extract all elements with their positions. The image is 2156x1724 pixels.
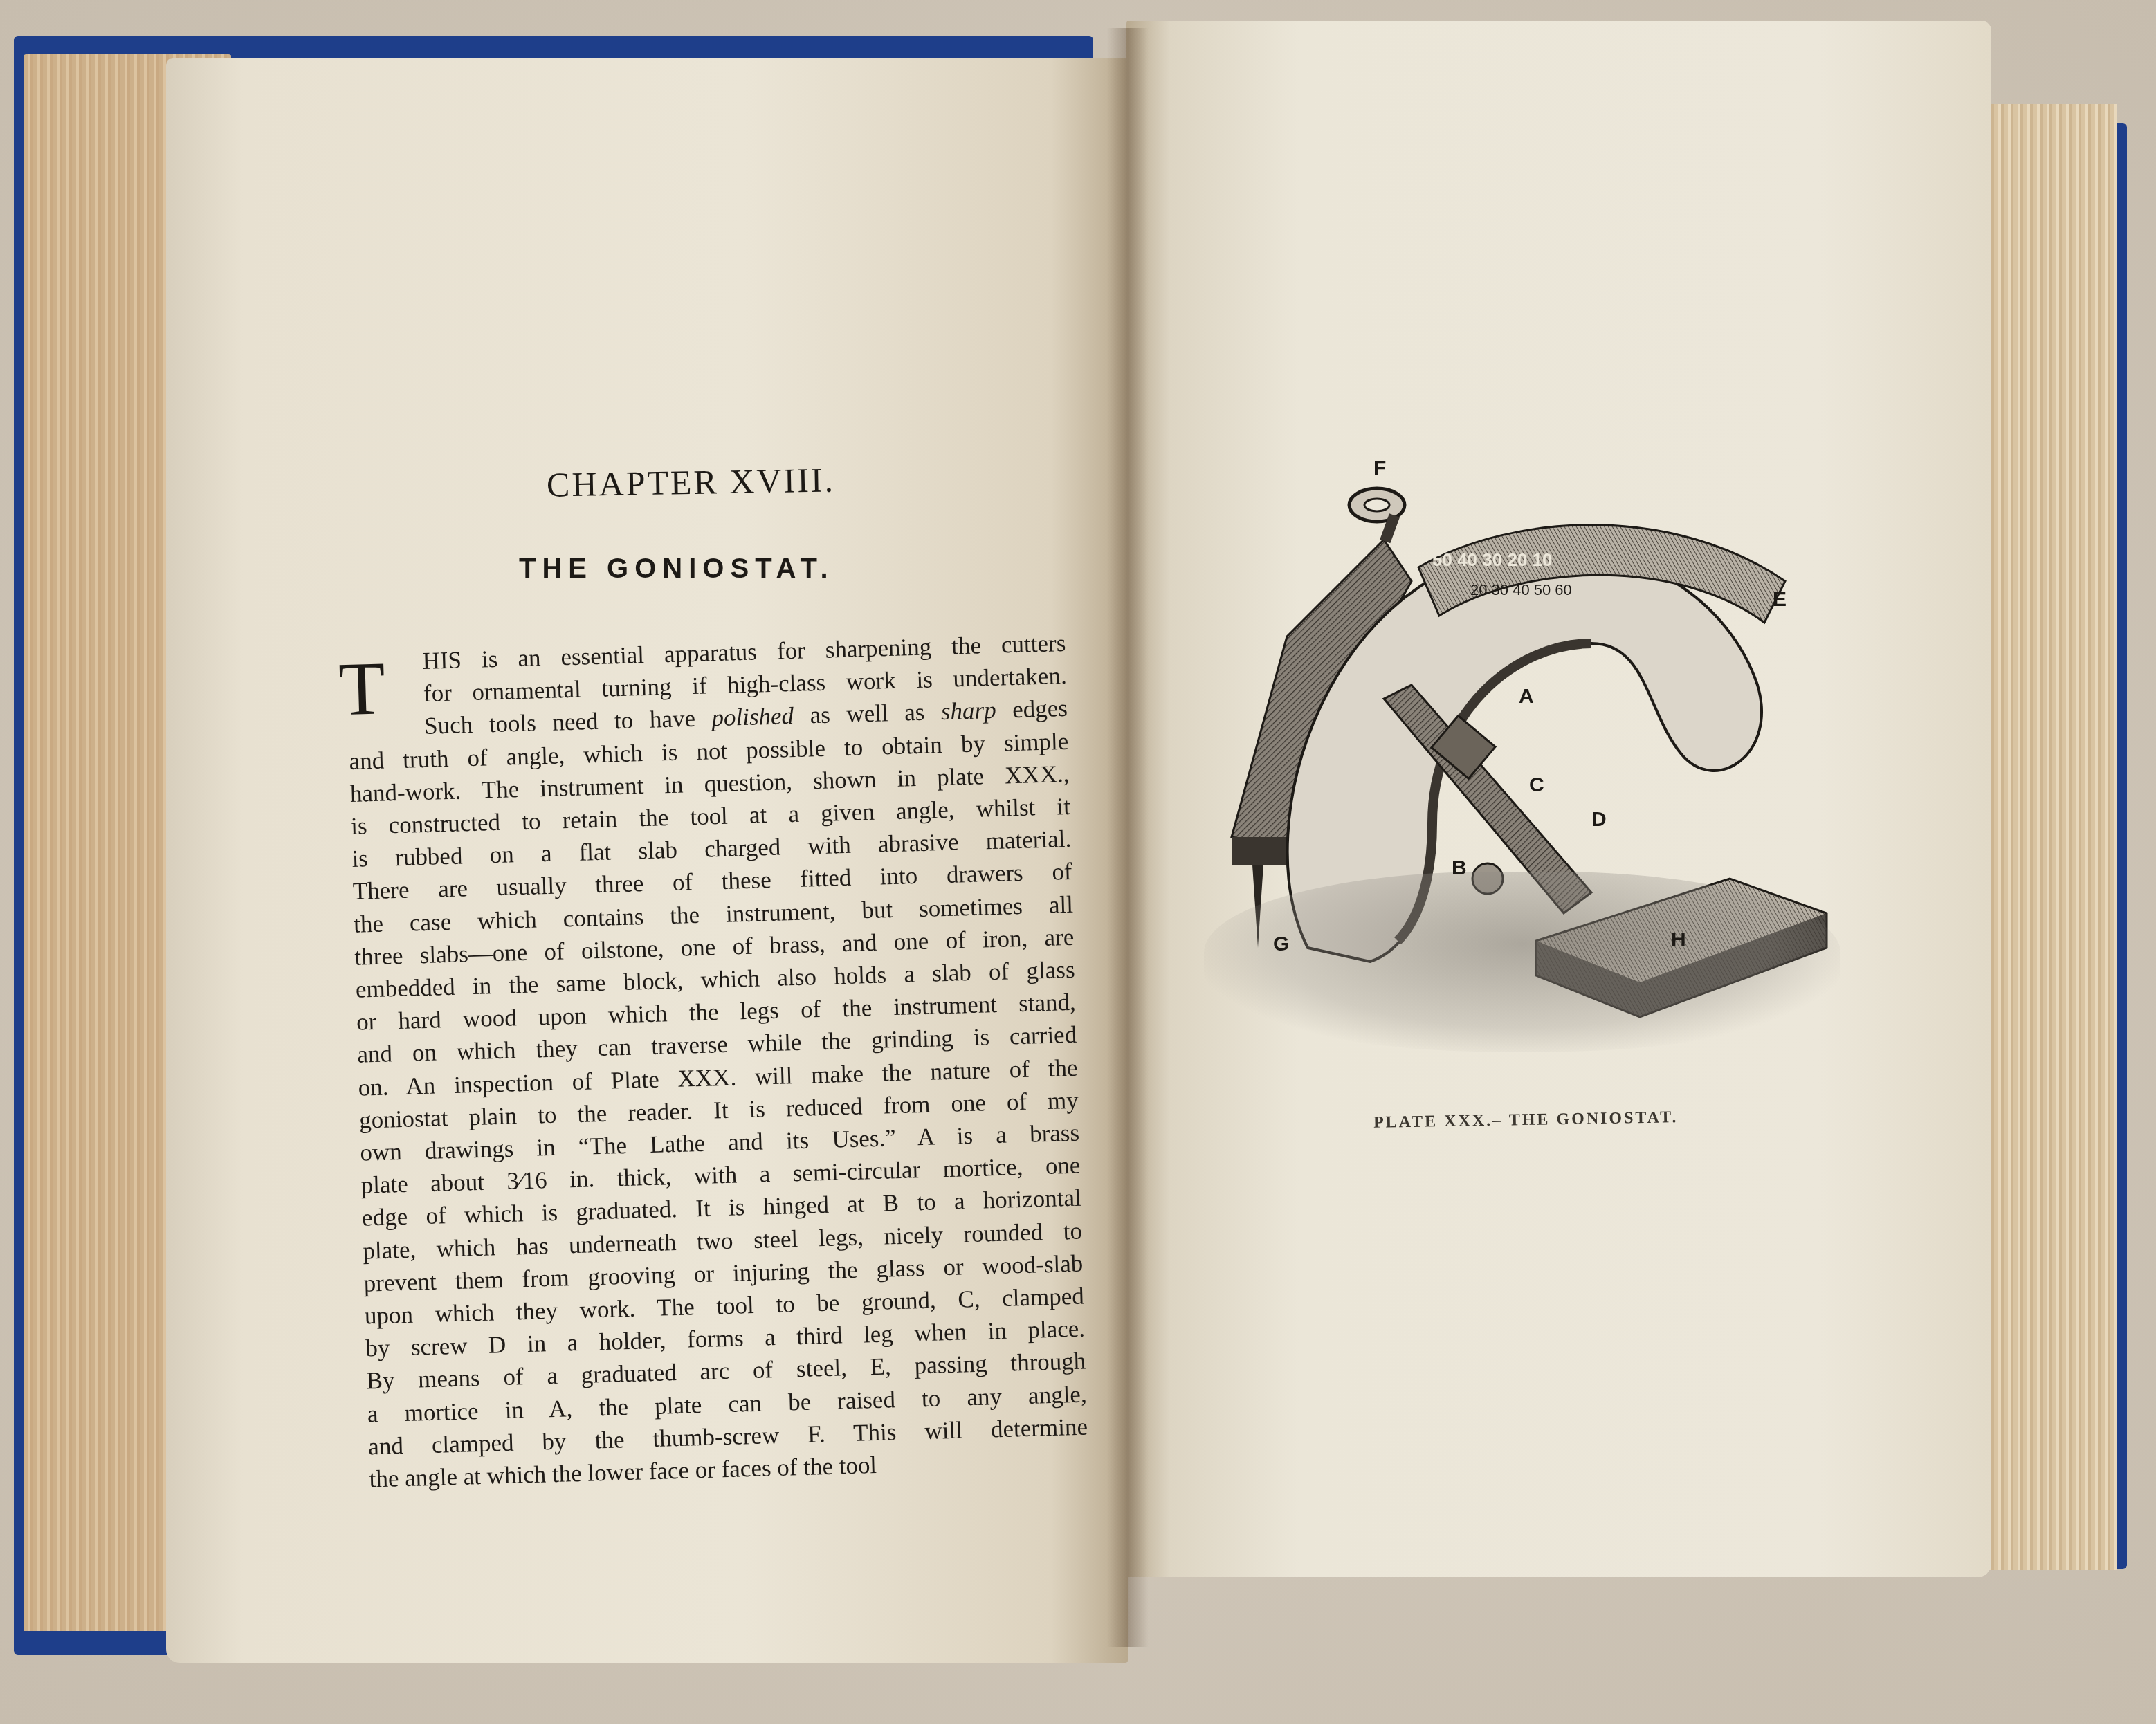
- goniostat-illustration: 50 40 30 20 10 20 30 40 50 60 F E A C D …: [1204, 464, 1840, 1072]
- label-b: B: [1452, 856, 1467, 880]
- label-c: C: [1529, 773, 1544, 797]
- svg-text:20 30 40 50 60: 20 30 40 50 60: [1470, 581, 1572, 598]
- book-gutter: [1107, 28, 1149, 1647]
- emphasis-polished: polished: [711, 702, 794, 731]
- section-title: THE GONIOSTAT.: [519, 553, 834, 585]
- label-f: F: [1373, 457, 1386, 480]
- illustration-shadow: [1204, 872, 1840, 1052]
- chapter-heading: CHAPTER XVIII.: [547, 459, 836, 504]
- svg-text:50 40 30 20 10: 50 40 30 20 10: [1432, 549, 1553, 570]
- label-h: H: [1671, 928, 1686, 952]
- drop-cap: T: [338, 650, 386, 727]
- label-a: A: [1519, 685, 1534, 708]
- label-g: G: [1273, 933, 1289, 956]
- emphasis-sharp: sharp: [940, 697, 996, 725]
- label-d: D: [1591, 808, 1607, 832]
- label-e: E: [1773, 588, 1787, 612]
- body-paragraph: T HIS is an essential apparatus for shar…: [346, 627, 1089, 1496]
